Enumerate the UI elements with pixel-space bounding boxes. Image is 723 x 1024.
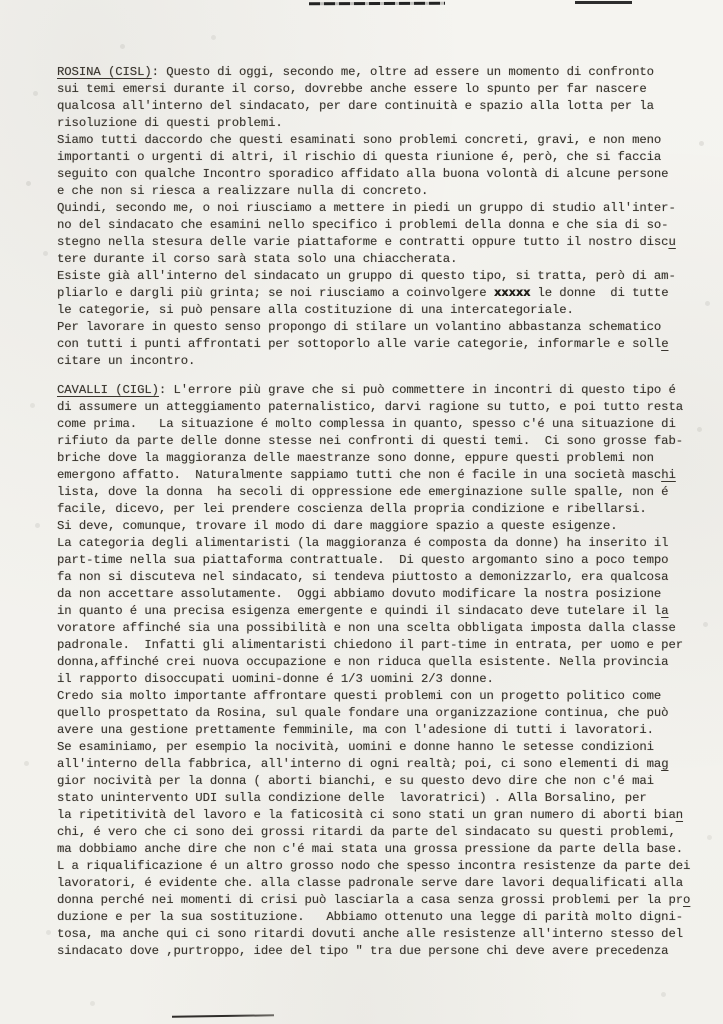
text-segment: emergono affatto. Naturalmente sappiamo … [57,468,661,482]
text-line: Siamo tutti daccordo che questi esaminat… [57,132,713,149]
scan-artifact-bottom-line [172,1014,274,1017]
text-line: da non accettare assolutamente. Oggi abb… [57,586,713,603]
text-line: stegno nella stesura delle varie piattaf… [57,234,713,251]
text-segment: no del sindacato che esamini nello speci… [57,218,668,232]
text-segment: stegno nella stesura delle varie piattaf… [57,235,668,249]
struck-out-word: xxxxx [494,286,530,300]
text-segment: quello prospettato da Rosina, sul quale … [57,706,668,720]
text-line: duzione e per la sua sostituzione. Abbia… [57,909,713,926]
text-segment: chi, é vero che ci sono dei grossi ritar… [57,825,676,839]
text-line: qualcosa all'interno del sindacato, per … [57,98,713,115]
text-segment: risoluzione di questi problemi. [57,116,283,130]
continuation-underline: u [668,235,675,249]
text-line: Credo sia molto importante affrontare qu… [57,688,713,705]
text-segment: donna perché nei momenti di crisi può la… [57,893,683,907]
text-line: chi, é vero che ci sono dei grossi ritar… [57,824,713,841]
text-segment: Per lavorare in questo senso propongo di… [57,320,661,334]
text-line: voratore affinché sia una possibilità e … [57,620,713,637]
text-segment: sui temi emersi durante il corso, dovreb… [57,82,647,96]
text-line: CAVALLI (CIGL): L'errore più grave che s… [57,382,713,399]
text-segment: briche dove la maggioranza delle maestra… [57,451,654,465]
text-line: La categoria degli alimentaristi (la mag… [57,535,713,552]
text-line: rifiuto da parte delle donne stesse nei … [57,433,713,450]
text-segment: all'interno della fabbrica, all'interno … [57,757,661,771]
speaker-name: CAVALLI (CIGL) [57,383,159,397]
text-segment: tere durante il corso sarà stata solo un… [57,252,457,266]
text-segment: le categorie, si può pensare alla costit… [57,303,574,317]
text-segment: in quanto é una precisa esigenza emergen… [57,604,661,618]
text-segment: importanti o urgenti di altri, il rischi… [57,150,661,164]
text-segment: da non accettare assolutamente. Oggi abb… [57,587,661,601]
text-line: lista, dove la donna ha secoli di oppres… [57,484,713,501]
text-line: importanti o urgenti di altri, il rischi… [57,149,713,166]
text-line: no del sindacato che esamini nello speci… [57,217,713,234]
text-segment: di assumere un atteggiamento paternalist… [57,400,683,414]
text-segment: tosa, ma anche qui ci sono ritardi dovut… [57,927,683,941]
text-line: padronale. Infatti gli alimentaristi chi… [57,637,713,654]
text-segment: donna,affinché crei nuova occupazione e … [57,655,668,669]
text-line: stato unintervento UDI sulla condizione … [57,790,713,807]
text-segment: ma dobbiamo anche dire che non c'é mai s… [57,842,683,856]
continuation-underline: o [683,893,690,907]
text-line: avere una gestione prettamente femminile… [57,722,713,739]
text-line: seguito con qualche Incontro sporadico a… [57,166,713,183]
text-line: tere durante il corso sarà stata solo un… [57,251,713,268]
text-line: Si deve, comunque, trovare il modo di da… [57,518,713,535]
text-line: lavoratori, é evidente che. alla classe … [57,875,713,892]
continuation-underline: n [676,808,683,822]
scan-noise-specks [0,0,3,3]
text-segment: il rapporto disoccupati uomini-donne é 1… [57,672,494,686]
text-segment: lista, dove la donna ha secoli di oppres… [57,485,668,499]
text-segment: le donne di tutte [530,286,668,300]
text-segment: Si deve, comunque, trovare il modo di da… [57,519,618,533]
text-segment: Esiste già all'interno del sindacato un … [57,269,676,283]
paragraph-rosina-cisl: ROSINA (CISL): Questo di oggi, secondo m… [57,64,713,370]
text-line: tosa, ma anche qui ci sono ritardi dovut… [57,926,713,943]
text-line: Esiste già all'interno del sindacato un … [57,268,713,285]
text-line: ma dobbiamo anche dire che non c'é mai s… [57,841,713,858]
text-line: facile, dicevo, per lei prendere coscien… [57,501,713,518]
scanned-page: ROSINA (CISL): Questo di oggi, secondo m… [0,0,723,1024]
text-segment: voratore affinché sia una possibilità e … [57,621,676,635]
text-segment: facile, dicevo, per lei prendere coscien… [57,502,647,516]
paragraph-cavalli-cigl: CAVALLI (CIGL): L'errore più grave che s… [57,382,713,960]
text-segment: fa non si discuteva nel sindacato, si te… [57,570,668,584]
text-line: Per lavorare in questo senso propongo di… [57,319,713,336]
continuation-underline: hi [661,468,676,482]
text-line: in quanto é una precisa esigenza emergen… [57,603,713,620]
speaker-name: ROSINA (CISL) [57,65,152,79]
text-segment: stato unintervento UDI sulla condizione … [57,791,647,805]
text-line: fa non si discuteva nel sindacato, si te… [57,569,713,586]
text-segment: qualcosa all'interno del sindacato, per … [57,99,654,113]
text-segment: : L'errore più grave che si può commette… [159,383,676,397]
text-segment: e che non si riesca a realizzare nulla d… [57,184,428,198]
text-line: emergono affatto. Naturalmente sappiamo … [57,467,713,484]
text-segment: part-time nella sua piattaforma contratt… [57,553,668,567]
document-text: ROSINA (CISL): Questo di oggi, secondo m… [57,64,713,960]
text-line: la ripetitività del lavoro e la faticosi… [57,807,713,824]
continuation-underline: g [661,757,668,771]
text-segment: citare un incontro. [57,354,195,368]
text-line: citare un incontro. [57,353,713,370]
text-line: L a riqualificazione é un altro grosso n… [57,858,713,875]
text-line: pliarlo e dargli più grinta; se noi rius… [57,285,713,302]
text-line: come prima. La situazione é molto comple… [57,416,713,433]
text-segment: gior nocività per la donna ( aborti bian… [57,774,654,788]
text-segment: Siamo tutti daccordo che questi esaminat… [57,133,661,147]
text-line: briche dove la maggioranza delle maestra… [57,450,713,467]
text-segment: con tutti i punti affrontati per sottopo… [57,337,661,351]
text-line: all'interno della fabbrica, all'interno … [57,756,713,773]
continuation-underline: e [661,337,668,351]
text-segment: seguito con qualche Incontro sporadico a… [57,167,668,181]
text-segment: rifiuto da parte delle donne stesse nei … [57,434,683,448]
text-line: risoluzione di questi problemi. [57,115,713,132]
text-segment: avere una gestione prettamente femminile… [57,723,654,737]
text-line: donna perché nei momenti di crisi può la… [57,892,713,909]
text-line: quello prospettato da Rosina, sul quale … [57,705,713,722]
text-line: Se esaminiamo, per esempio la nocività, … [57,739,713,756]
text-segment: pliarlo e dargli più grinta; se noi rius… [57,286,494,300]
text-line: gior nocività per la donna ( aborti bian… [57,773,713,790]
text-line: part-time nella sua piattaforma contratt… [57,552,713,569]
text-segment: come prima. La situazione é molto comple… [57,417,676,431]
text-line: il rapporto disoccupati uomini-donne é 1… [57,671,713,688]
text-segment: La categoria degli alimentaristi (la mag… [57,536,668,550]
text-segment: Se esaminiamo, per esempio la nocività, … [57,740,654,754]
text-segment: : Questo di oggi, secondo me, oltre ad e… [152,65,654,79]
text-line: con tutti i punti affrontati per sottopo… [57,336,713,353]
text-segment: Quindi, secondo me, o noi riusciamo a me… [57,201,676,215]
scan-artifact-top-dashed-line [309,2,445,5]
text-segment: padronale. Infatti gli alimentaristi chi… [57,638,683,652]
text-line: sindacato dove ,purtroppo, idee del tipo… [57,943,713,960]
continuation-underline: a [661,604,668,618]
text-line: sui temi emersi durante il corso, dovreb… [57,81,713,98]
scan-artifact-top-solid-line [575,1,632,4]
text-segment: duzione e per la sua sostituzione. Abbia… [57,910,683,924]
text-line: di assumere un atteggiamento paternalist… [57,399,713,416]
text-line: donna,affinché crei nuova occupazione e … [57,654,713,671]
text-segment: sindacato dove ,purtroppo, idee del tipo… [57,944,668,958]
text-line: Quindi, secondo me, o noi riusciamo a me… [57,200,713,217]
text-line: ROSINA (CISL): Questo di oggi, secondo m… [57,64,713,81]
text-line: e che non si riesca a realizzare nulla d… [57,183,713,200]
text-segment: la ripetitività del lavoro e la faticosi… [57,808,676,822]
text-segment: lavoratori, é evidente che. alla classe … [57,876,683,890]
text-segment: Credo sia molto importante affrontare qu… [57,689,661,703]
text-line: le categorie, si può pensare alla costit… [57,302,713,319]
text-segment: L a riqualificazione é un altro grosso n… [57,859,690,873]
